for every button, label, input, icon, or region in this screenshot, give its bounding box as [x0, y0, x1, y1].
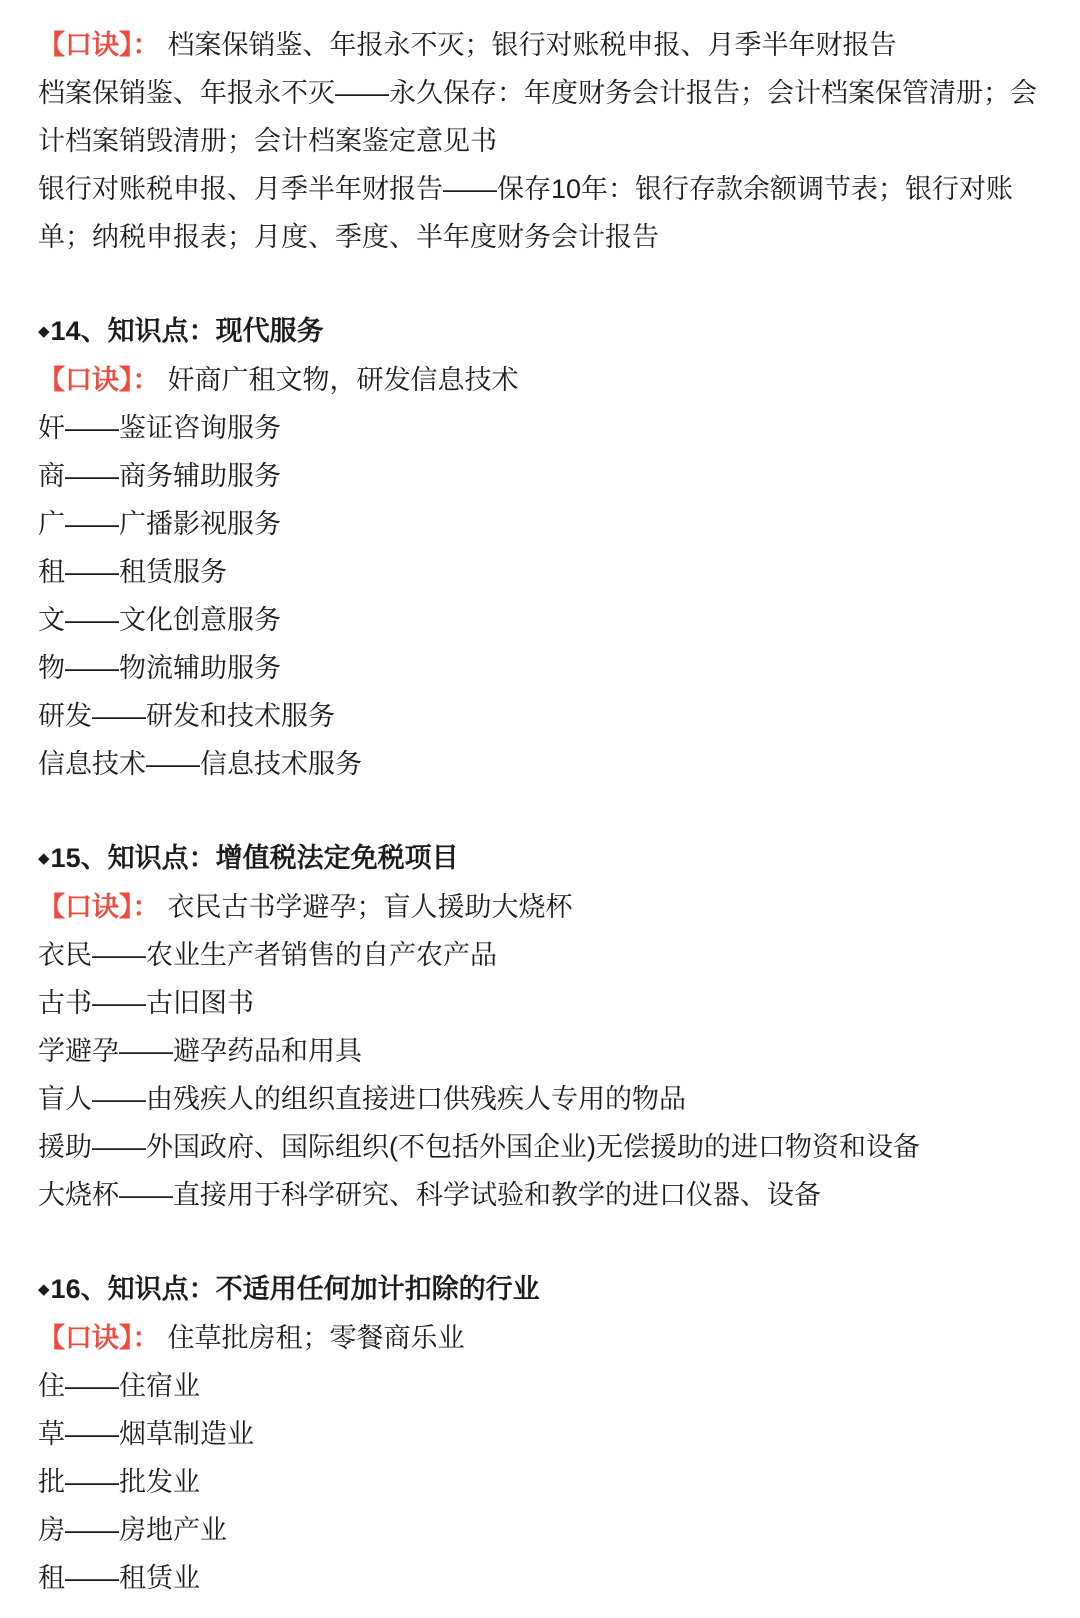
mnemonic-item: 广——广播影视服务	[38, 500, 1038, 548]
section-15: ◆15、知识点：增值税法定免税项目 【口诀】：衣民古书学避孕；盲人援助大烧杯 衣…	[38, 834, 1038, 1219]
mnemonic-text: 档案保销鉴、年报永不灭；银行对账税申报、月季半年财报告	[168, 30, 897, 60]
mnemonic-label: 【口诀】：	[38, 365, 160, 395]
mnemonic-line: 【口诀】：衣民古书学避孕；盲人援助大烧杯	[38, 883, 1038, 931]
mnemonic-line: 【口诀】：住草批房租；零餐商乐业	[38, 1314, 1038, 1362]
mnemonic-line: 【口诀】：档案保销鉴、年报永不灭；银行对账税申报、月季半年财报告	[38, 21, 1038, 69]
mnemonic-item: 文——文化创意服务	[38, 596, 1038, 644]
diamond-bullet-icon: ◆	[38, 850, 50, 867]
mnemonic-item: 批——批发业	[38, 1458, 1038, 1506]
mnemonic-item: 租——租赁业	[38, 1554, 1038, 1602]
mnemonic-text: 奸商广租文物，研发信息技术	[168, 365, 519, 395]
study-notes-page: 【口诀】：档案保销鉴、年报永不灭；银行对账税申报、月季半年财报告 档案保销鉴、年…	[0, 0, 1080, 1618]
mnemonic-item: 草——烟草制造业	[38, 1410, 1038, 1458]
section-14: ◆14、知识点：现代服务 【口诀】：奸商广租文物，研发信息技术 奸——鉴证咨询服…	[38, 307, 1038, 788]
mnemonic-item: 租——租赁服务	[38, 548, 1038, 596]
mnemonic-item: 研发——研发和技术服务	[38, 692, 1038, 740]
mnemonic-line: 【口诀】：奸商广租文物，研发信息技术	[38, 356, 1038, 404]
mnemonic-text: 衣民古书学避孕；盲人援助大烧杯	[168, 892, 573, 922]
paragraph: 银行对账税申报、月季半年财报告——保存10年：银行存款余额调节表；银行对账单；纳…	[38, 165, 1038, 261]
mnemonic-label: 【口诀】：	[38, 1323, 160, 1353]
mnemonic-item: 奸——鉴证咨询服务	[38, 404, 1038, 452]
mnemonic-item: 住——住宿业	[38, 1362, 1038, 1410]
diamond-bullet-icon: ◆	[38, 323, 50, 340]
section-heading: ◆14、知识点：现代服务	[38, 307, 1038, 356]
mnemonic-item: 学避孕——避孕药品和用具	[38, 1027, 1038, 1075]
section-heading-text: 16、知识点：不适用任何加计扣除的行业	[51, 1274, 540, 1304]
paragraph: 档案保销鉴、年报永不灭——永久保存：年度财务会计报告；会计档案保管清册；会计档案…	[38, 69, 1038, 165]
mnemonic-item: 物——物流辅助服务	[38, 644, 1038, 692]
section-16: ◆16、知识点：不适用任何加计扣除的行业 【口诀】：住草批房租；零餐商乐业 住—…	[38, 1265, 1038, 1602]
mnemonic-item: 援助——外国政府、国际组织(不包括外国企业)无偿援助的进口物资和设备	[38, 1123, 1038, 1171]
mnemonic-item: 衣民——农业生产者销售的自产农产品	[38, 931, 1038, 979]
mnemonic-item: 古书——古旧图书	[38, 979, 1038, 1027]
section-heading-text: 14、知识点：现代服务	[51, 316, 324, 346]
section-heading: ◆15、知识点：增值税法定免税项目	[38, 834, 1038, 883]
section-heading: ◆16、知识点：不适用任何加计扣除的行业	[38, 1265, 1038, 1314]
mnemonic-item: 大烧杯——直接用于科学研究、科学试验和教学的进口仪器、设备	[38, 1171, 1038, 1219]
intro-block: 【口诀】：档案保销鉴、年报永不灭；银行对账税申报、月季半年财报告 档案保销鉴、年…	[38, 21, 1038, 261]
mnemonic-item: 商——商务辅助服务	[38, 452, 1038, 500]
mnemonic-item: 信息技术——信息技术服务	[38, 740, 1038, 788]
mnemonic-text: 住草批房租；零餐商乐业	[168, 1323, 465, 1353]
mnemonic-item: 盲人——由残疾人的组织直接进口供残疾人专用的物品	[38, 1075, 1038, 1123]
mnemonic-label: 【口诀】：	[38, 892, 160, 922]
mnemonic-label: 【口诀】：	[38, 30, 160, 60]
diamond-bullet-icon: ◆	[38, 1281, 50, 1298]
section-heading-text: 15、知识点：增值税法定免税项目	[51, 843, 459, 873]
mnemonic-item: 房——房地产业	[38, 1506, 1038, 1554]
